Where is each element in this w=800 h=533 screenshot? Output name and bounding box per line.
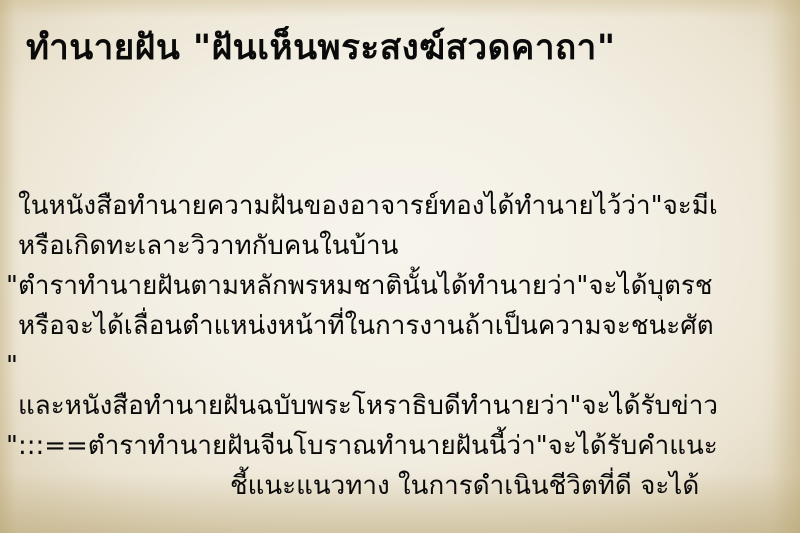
page-title: ทำนายฝัน "ฝันเห็นพระสงฆ์สวดคาถา": [26, 20, 616, 75]
paper-texture-top: [0, 0, 800, 18]
paragraph-3-line-3: ชี้แนะแนวทาง ในการดำเนินชีวิตที่ดี จะได้: [0, 466, 800, 506]
paragraph-2-line-2: หรือจะได้เลื่อนตำแหน่งหน้าที่ในการงานถ้า…: [0, 306, 800, 346]
paragraph-1-line-2: หรือเกิดทะเลาะวิวาทกับคนในบ้าน: [0, 226, 800, 266]
paragraph-3-line-2: ":::==ตำราทำนายฝันจีนโบราณทำนายฝันนี้ว่า…: [0, 426, 800, 466]
paragraph-3-line-1: และหนังสือทำนายฝันฉบับพระโหราธิบดีทำนายว…: [0, 386, 800, 426]
article-body: ในหนังสือทำนายความฝันของอาจารย์ทองได้ทำน…: [0, 186, 800, 506]
paragraph-2-line-3: ": [0, 346, 800, 386]
paragraph-2-line-1: "ตำราทำนายฝันตามหลักพรหมชาตินั้นได้ทำนาย…: [0, 266, 800, 306]
paragraph-1-line-1: ในหนังสือทำนายความฝันของอาจารย์ทองได้ทำน…: [0, 186, 800, 226]
